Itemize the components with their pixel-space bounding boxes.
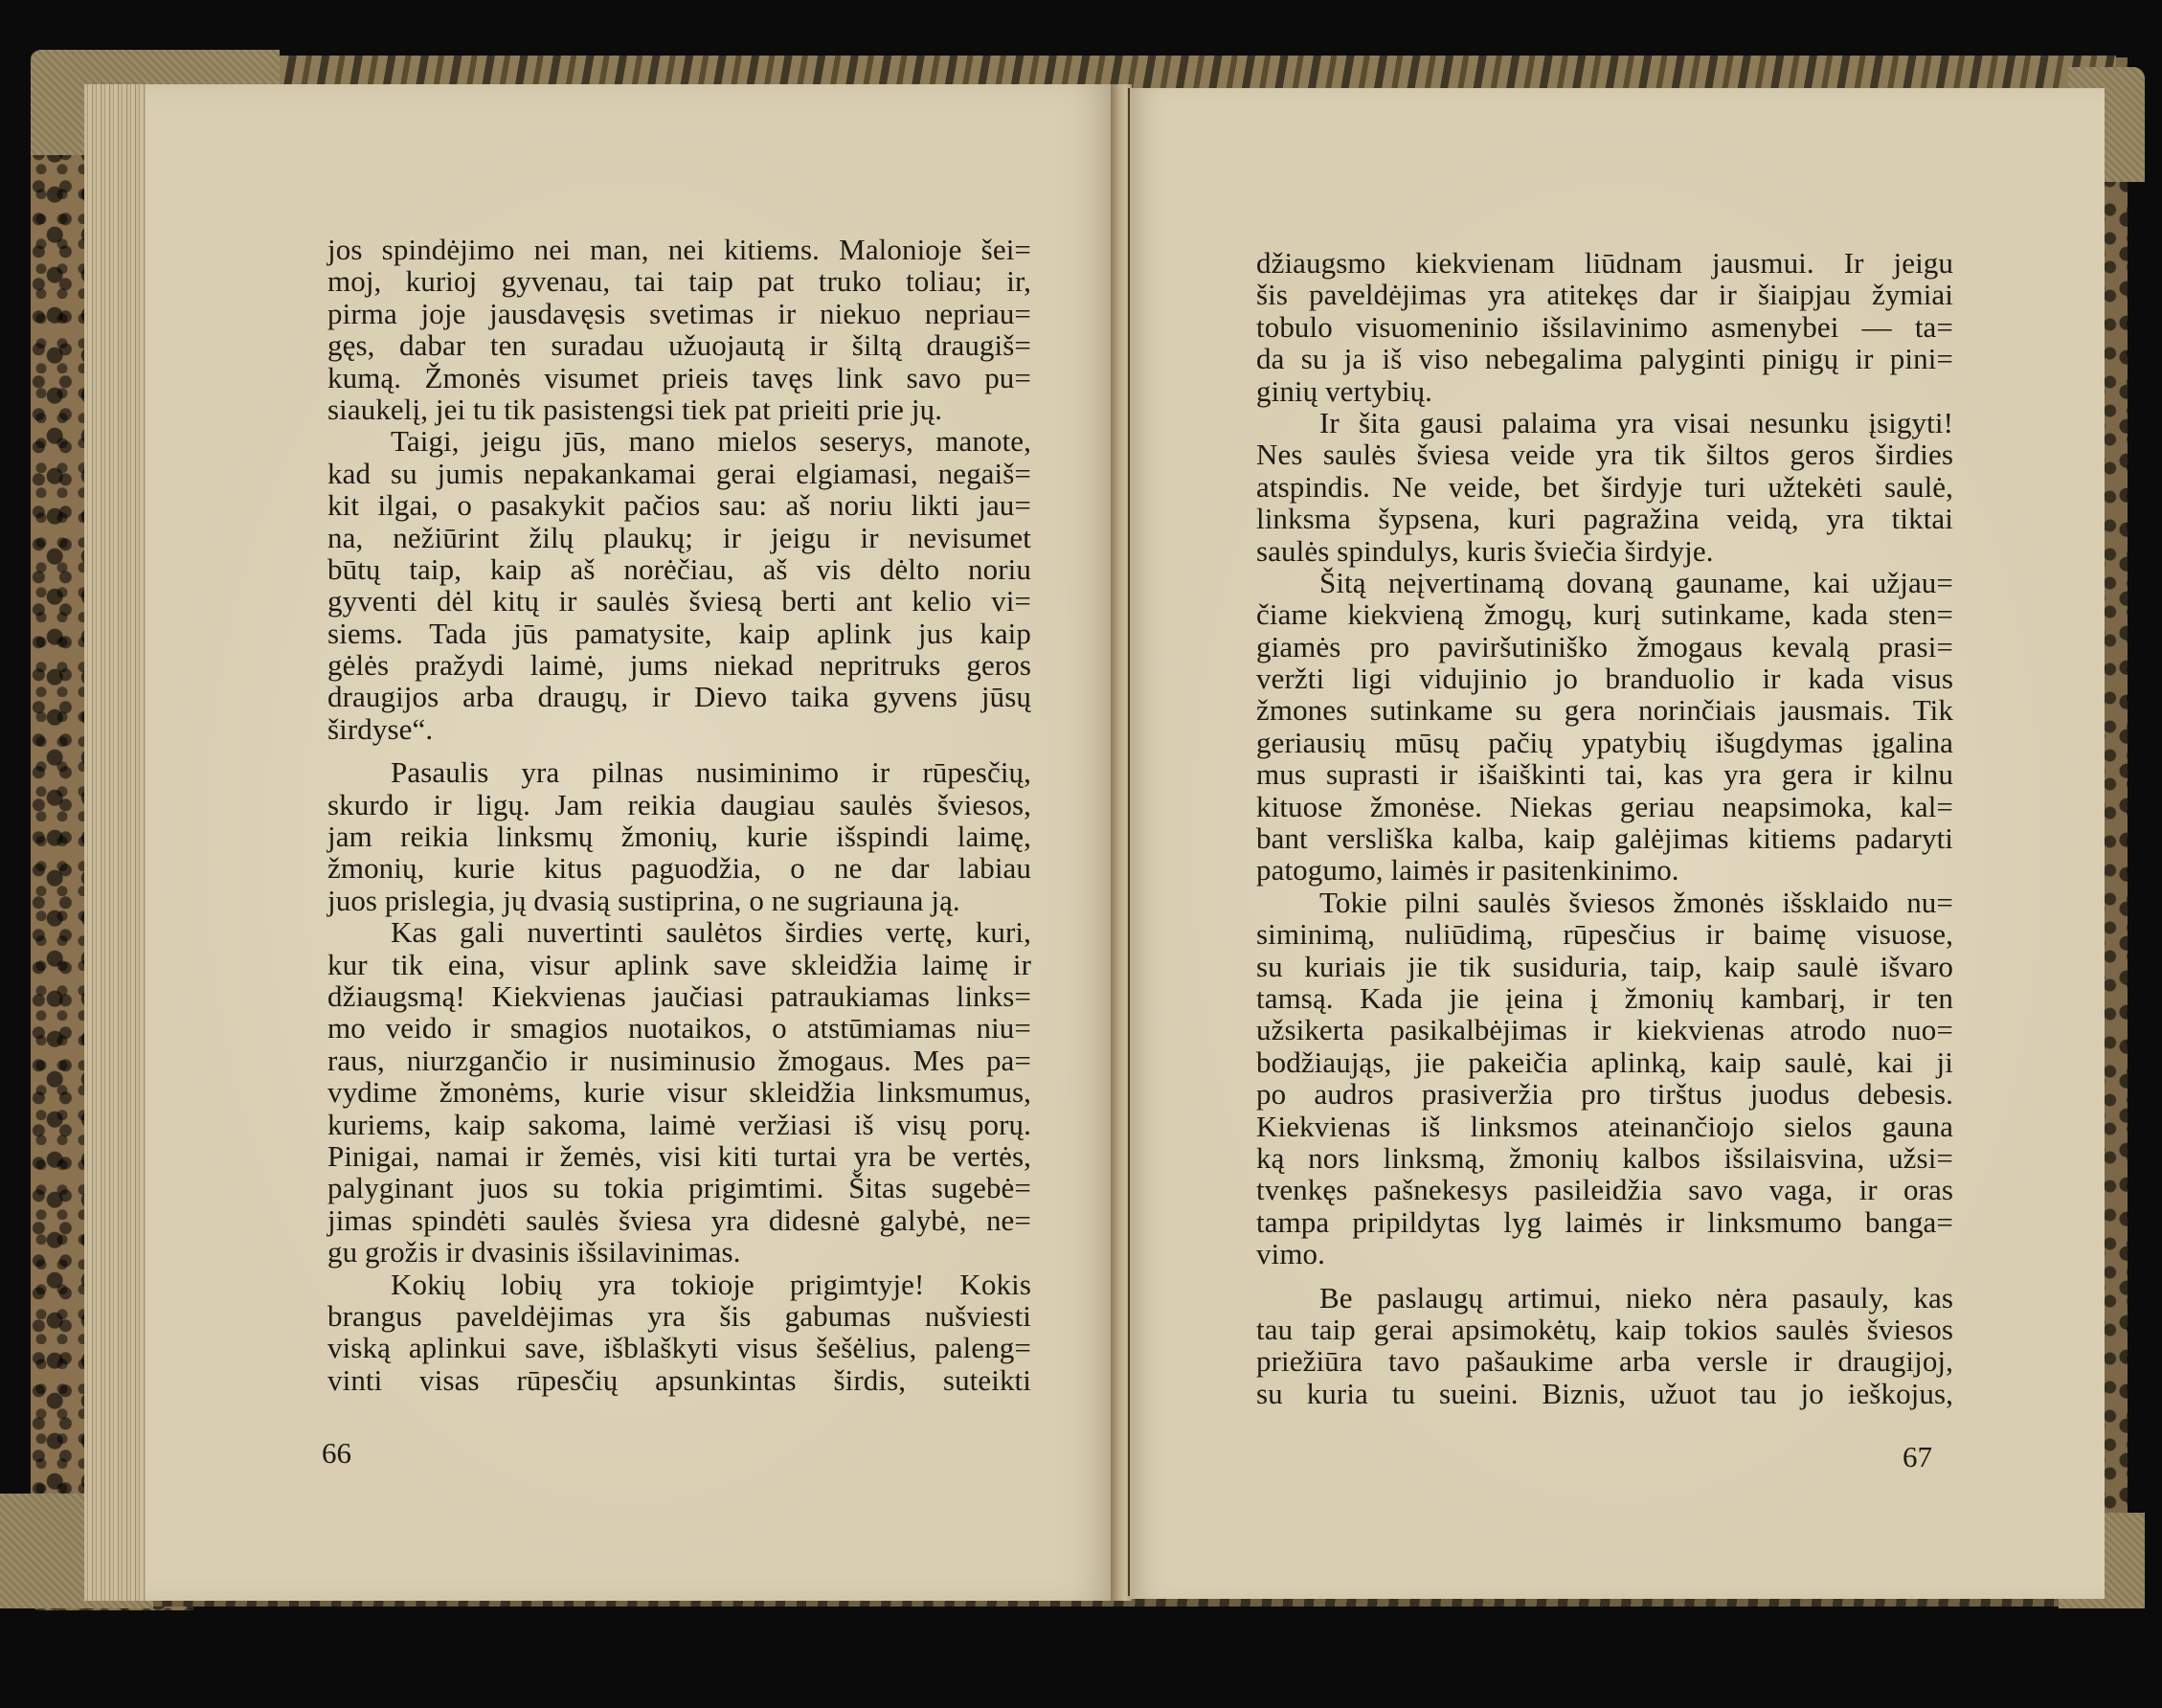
- text-line: Nes saulės šviesa veide yra tik šiltos g…: [1256, 438, 1953, 470]
- page-number-left: 66: [322, 1436, 351, 1471]
- text-line: jam reikia linksmų žmonių, kurie išspind…: [327, 820, 1031, 852]
- text-line: tvenkęs pašnekesys pasileidžia savo vaga…: [1256, 1174, 1953, 1205]
- text-line: po audros prasiveržia pro tirštus juodus…: [1256, 1078, 1953, 1110]
- page-number-right: 67: [1903, 1440, 1932, 1474]
- text-line: mus suprasti ir išaiškinti tai, kas yra …: [1256, 758, 1953, 790]
- text-line: Kokių lobių yra tokioje prigimtyje! Koki…: [327, 1269, 1031, 1300]
- text-line: Pinigai, namai ir žemės, visi kiti turta…: [327, 1140, 1031, 1172]
- text-line: mo veido ir smagios nuotaikos, o atstūmi…: [327, 1012, 1031, 1044]
- text-line: draugijos arba draugų, ir Dievo taika gy…: [327, 681, 1031, 712]
- right-page-text: džiaugsmo kiekvienam liūdnam jausmui. Ir…: [1256, 247, 1953, 1409]
- page-stack-edge: [84, 84, 151, 1601]
- text-line: veržti ligi vidujinio jo branduolio ir k…: [1256, 663, 1953, 694]
- text-line: siems. Tada jūs pamatysite, kaip aplink …: [327, 618, 1031, 649]
- text-line: tau taip gerai apsimokėtų, kaip tokios s…: [1256, 1314, 1953, 1345]
- text-line: Tokie pilni saulės šviesos žmonės išskla…: [1256, 887, 1953, 918]
- text-line: Kiekvienas iš linksmos ateinančiojo siel…: [1256, 1111, 1953, 1142]
- text-line: Ir šita gausi palaima yra visai nesunku …: [1256, 407, 1953, 438]
- text-line: Šitą neįvertinamą dovaną gauname, kai už…: [1256, 567, 1953, 598]
- text-line: kur tik eina, visur aplink save skleidži…: [327, 949, 1031, 980]
- text-line: širdyse“.: [327, 713, 1031, 745]
- left-page-text: jos spindėjimo nei man, nei kitiems. Mal…: [327, 234, 1031, 1396]
- text-line: saulės spindulys, kuris šviečia širdyje.: [1256, 535, 1953, 567]
- text-line: na, nežiūrint žilų plaukų; ir jeigu ir n…: [327, 522, 1031, 553]
- text-line: atspindis. Ne veide, bet širdyje turi už…: [1256, 471, 1953, 503]
- text-line: kituose žmonėse. Niekas geriau neapsimok…: [1256, 791, 1953, 822]
- text-line: džiaugsmą! Kiekvienas jaučiasi patraukia…: [327, 980, 1031, 1012]
- text-line: kit ilgai, o pasakykit pačios sau: aš no…: [327, 489, 1031, 521]
- text-line: gu grožis ir dvasinis išsilavinimas.: [327, 1236, 1031, 1268]
- text-line: bant versliška kalba, kaip galėjimas kit…: [1256, 822, 1953, 854]
- text-line: gėlės pražydi laimė, jums niekad nepritr…: [327, 649, 1031, 681]
- text-line: siminimą, nuliūdimą, rūpesčius ir baimę …: [1256, 918, 1953, 950]
- text-line: pirma joje jausdavęsis svetimas ir nieku…: [327, 298, 1031, 329]
- text-line: šis paveldėjimas yra atitekęs dar ir šia…: [1256, 279, 1953, 310]
- text-line: tobulo visuomeninio išsilavinimo asmenyb…: [1256, 311, 1953, 343]
- text-line: su kuriais jie tik susiduria, taip, kaip…: [1256, 951, 1953, 982]
- text-line: skurdo ir ligų. Jam reikia daugiau saulė…: [327, 789, 1031, 820]
- text-line: linksma šypsena, kuri pagražina veidą, y…: [1256, 503, 1953, 534]
- text-line: vinti visas rūpesčių apsunkintas širdis,…: [327, 1364, 1031, 1396]
- text-line: priežiūra tavo pašaukime arba versle ir …: [1256, 1345, 1953, 1377]
- text-line: su kuria tu sueini. Biznis, užuot tau jo…: [1256, 1378, 1953, 1409]
- text-line: kuriems, kaip sakoma, laimė veržiasi iš …: [327, 1109, 1031, 1140]
- text-line: viską aplinkui save, išblaškyti visus še…: [327, 1332, 1031, 1363]
- text-line: vydime žmonėms, kurie visur skleidžia li…: [327, 1076, 1031, 1108]
- text-line: tampa pripildytas lyg laimės ir linksmum…: [1256, 1206, 1953, 1238]
- text-line: jimas spindėti saulės šviesa yra didesnė…: [327, 1204, 1031, 1236]
- text-line: Be paslaugų artimui, nieko nėra pasauly,…: [1256, 1282, 1953, 1314]
- text-line: užsikerta pasikalbėjimas ir kiekvienas a…: [1256, 1014, 1953, 1045]
- text-line: džiaugsmo kiekvienam liūdnam jausmui. Ir…: [1256, 247, 1953, 279]
- text-line: ginių vertybių.: [1256, 375, 1953, 407]
- text-line: da su ja iš viso nebegalima palyginti pi…: [1256, 343, 1953, 374]
- text-line: juos prislegia, jų dvasią sustiprina, o …: [327, 885, 1031, 916]
- text-line: moj, kurioj gyvenau, tai taip pat truko …: [327, 265, 1031, 297]
- gutter-fold-line: [1128, 88, 1130, 1596]
- text-line: kumą. Žmonės visumet prieis tavęs link s…: [327, 362, 1031, 393]
- text-line: siaukelį, jei tu tik pasistengsi tiek pa…: [327, 393, 1031, 425]
- text-line: ką nors linksmą, žmonių kalbos išsilaisv…: [1256, 1142, 1953, 1174]
- text-line: kad su jumis nepakankamai gerai elgiamas…: [327, 458, 1031, 489]
- text-line: palyginant juos su tokia prigimtimi. Šit…: [327, 1172, 1031, 1203]
- open-book: jos spindėjimo nei man, nei kitiems. Mal…: [0, 0, 2162, 1708]
- text-line: patogumo, laimės ir pasitenkinimo.: [1256, 854, 1953, 886]
- text-line: žmones sutinkame su gera norinčiais jaus…: [1256, 694, 1953, 726]
- text-line: geriausių mūsų pačių ypatybių išugdymas …: [1256, 727, 1953, 758]
- text-line: tamsą. Kada jie įeina į žmonių kambarį, …: [1256, 982, 1953, 1014]
- text-line: jos spindėjimo nei man, nei kitiems. Mal…: [327, 234, 1031, 265]
- text-line: Taigi, jeigu jūs, mano mielos seserys, m…: [327, 425, 1031, 457]
- text-line: giamės pro paviršutiniško žmogaus kevalą…: [1256, 631, 1953, 663]
- text-line: gyventi dėl kitų ir saulės šviesą berti …: [327, 585, 1031, 617]
- text-line: raus, niurzgančio ir nusiminusio žmogaus…: [327, 1045, 1031, 1076]
- text-line: Kas gali nuvertinti saulėtos širdies ver…: [327, 916, 1031, 948]
- text-line: būtų taip, kaip aš norėčiau, aš vis dėlt…: [327, 553, 1031, 585]
- text-line: čiame kiekvieną žmogų, kurį sutinkame, k…: [1256, 598, 1953, 630]
- text-line: gęs, dabar ten suradau užuojautą ir šilt…: [327, 329, 1031, 361]
- text-line: vimo.: [1256, 1238, 1953, 1270]
- text-line: bodžiaująs, jie pakeičia aplinką, kaip s…: [1256, 1046, 1953, 1078]
- text-line: brangus paveldėjimas yra šis gabumas nuš…: [327, 1300, 1031, 1332]
- text-line: žmonių, kurie kitus paguodžia, o ne dar …: [327, 852, 1031, 884]
- text-line: Pasaulis yra pilnas nusiminimo ir rūpesč…: [327, 756, 1031, 788]
